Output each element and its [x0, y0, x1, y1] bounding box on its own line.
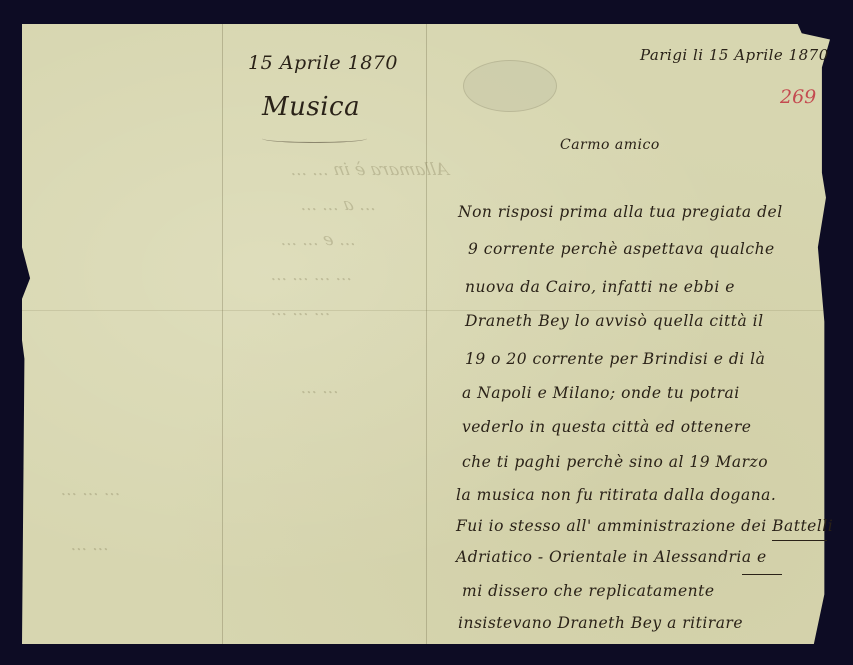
letter-body-line: Adriatico - Orientale in Alessandria e: [456, 548, 767, 566]
bleed-through-line: ... ...: [298, 378, 339, 398]
archive-number: 269: [780, 86, 816, 108]
letter-body-line: Non risposi prima alla tua pregiata del: [458, 203, 783, 221]
bleed-through-line: ... e ... ...: [278, 230, 356, 250]
letter-body-line: insistevano Draneth Bey a ritirare: [458, 614, 743, 632]
left-page-date: 15 Aprile 1870: [248, 52, 398, 74]
center-fold-line: [426, 24, 427, 644]
fold-line: [222, 24, 223, 644]
letter-body-line: a Napoli e Milano; onde tu potrai: [462, 384, 740, 402]
letter-body-line: nuova da Cairo, infatti ne ebbi e: [465, 278, 735, 296]
bleed-through-line: ... ... ...: [58, 480, 121, 500]
fold-line: [22, 310, 830, 311]
letter-body-line: Draneth Bey lo avvisò quella città il: [465, 312, 764, 330]
letter-body-line: 9 corrente perchè aspettava qualche: [468, 240, 775, 258]
place-date: Parigi li 15 Aprile 1870: [640, 46, 829, 64]
bleed-through-line: ... ... ...: [268, 300, 331, 320]
line-end-dash: [742, 574, 782, 575]
bleed-through-line: ... ...: [68, 535, 109, 555]
bleed-through-line: Allamara è in ... ...: [288, 160, 450, 180]
left-page-subject: Musica: [262, 92, 360, 122]
bleed-through-line: ... a ... ...: [298, 195, 377, 215]
line-end-dash: [772, 540, 827, 541]
scan-background: Allamara è in ... ... ... a ... ... ... …: [0, 0, 853, 665]
letter-body-line: 19 o 20 corrente per Brindisi e di là: [465, 350, 765, 368]
letter-body-line: vederlo in questa città ed ottenere: [462, 418, 751, 436]
salutation: Carmo amico: [560, 137, 660, 153]
subject-underline-flourish: [262, 134, 367, 143]
letter-body-line: mi dissero che replicatamente: [462, 582, 715, 600]
letter-body-line: che ti paghi perchè sino al 19 Marzo: [462, 453, 768, 471]
letter-body-line: Fui io stesso all' amministrazione dei B…: [456, 517, 833, 535]
bleed-through-line: ... ... ... ...: [268, 265, 353, 285]
letter-body-line: la musica non fu ritirata dalla dogana.: [456, 486, 776, 504]
embossed-stamp: [463, 60, 557, 112]
